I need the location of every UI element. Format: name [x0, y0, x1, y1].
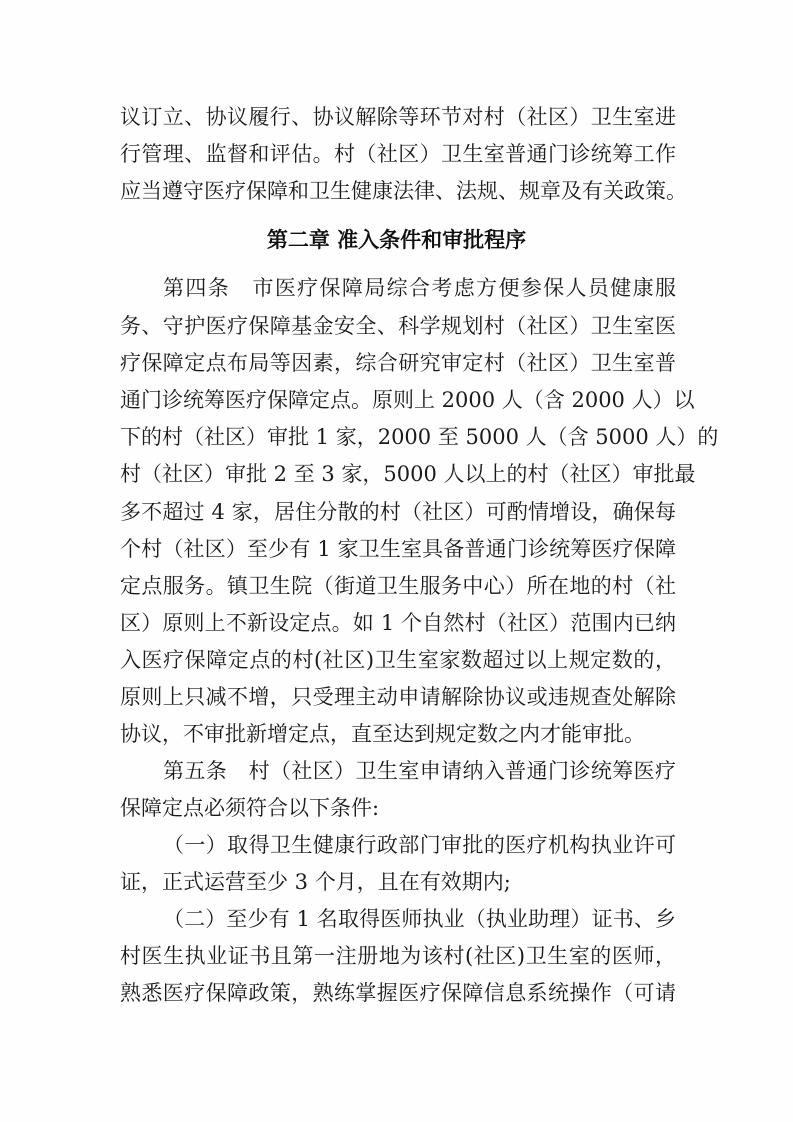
- article-4-line: 定点服务。镇卫生院（街道卫生服务中心）所在地的村（社: [120, 571, 676, 601]
- article-4-line: 协议，不审批新增定点，直至达到规定数之内才能审批。: [120, 719, 676, 749]
- article-4-line: 村（社区）审批 2 至 3 家，5000 人以上的村（社区）审批最: [120, 459, 676, 489]
- article-4-line: 个村（社区）至少有 1 家卫生室具备普通门诊统筹医疗保障: [120, 534, 676, 564]
- item-1-line: （一）取得卫生健康行政部门审批的医疗机构执业许可: [163, 830, 676, 860]
- paragraph-line: 应当遵守医疗保障和卫生健康法律、法规、规章及有关政策。: [120, 176, 676, 206]
- article-5-line: 第五条 村（社区）卫生室申请纳入普通门诊统筹医疗: [163, 756, 676, 786]
- article-4-line: 务、守护医疗保障基金安全、科学规划村（社区）卫生室医: [120, 311, 676, 341]
- item-2-line: 村医生执业证书且第一注册地为该村(社区)卫生室的医师，: [120, 941, 676, 971]
- document-page: 议订立、协议履行、协议解除等环节对村（社区）卫生室进 行管理、监督和评估。村（社…: [0, 0, 793, 1122]
- article-5-line: 保障定点必须符合以下条件:: [120, 793, 676, 823]
- article-4-line: 入医疗保障定点的村(社区)卫生室家数超过以上规定数的，: [120, 645, 676, 675]
- item-2-line: 熟悉医疗保障政策，熟练掌握医疗保障信息系统操作（可请: [120, 978, 676, 1008]
- paragraph-line: 行管理、监督和评估。村（社区）卫生室普通门诊统筹工作: [120, 139, 676, 169]
- article-4-line: 原则上只减不增，只受理主动申请解除协议或违规查处解除: [120, 682, 676, 712]
- article-4-line: 区）原则上不新设定点。如 1 个自然村（社区）范围内已纳: [120, 608, 676, 638]
- article-4-line: 下的村（社区）审批 1 家，2000 至 5000 人（含 5000 人）的: [120, 422, 676, 452]
- article-4-line: 通门诊统筹医疗保障定点。原则上 2000 人（含 2000 人）以: [120, 385, 676, 415]
- article-4-line: 第四条 市医疗保障局综合考虑方便参保人员健康服: [163, 273, 676, 303]
- article-4-line: 多不超过 4 家，居住分散的村（社区）可酌情增设，确保每: [120, 497, 676, 527]
- paragraph-line: 议订立、协议履行、协议解除等环节对村（社区）卫生室进: [120, 102, 676, 132]
- item-1-line: 证，正式运营至少 3 个月，且在有效期内;: [120, 867, 676, 897]
- item-2-line: （二）至少有 1 名取得医师执业（执业助理）证书、乡: [163, 904, 676, 934]
- chapter-heading: 第二章 准入条件和审批程序: [0, 225, 793, 255]
- article-4-line: 疗保障定点布局等因素，综合研究审定村（社区）卫生室普: [120, 348, 676, 378]
